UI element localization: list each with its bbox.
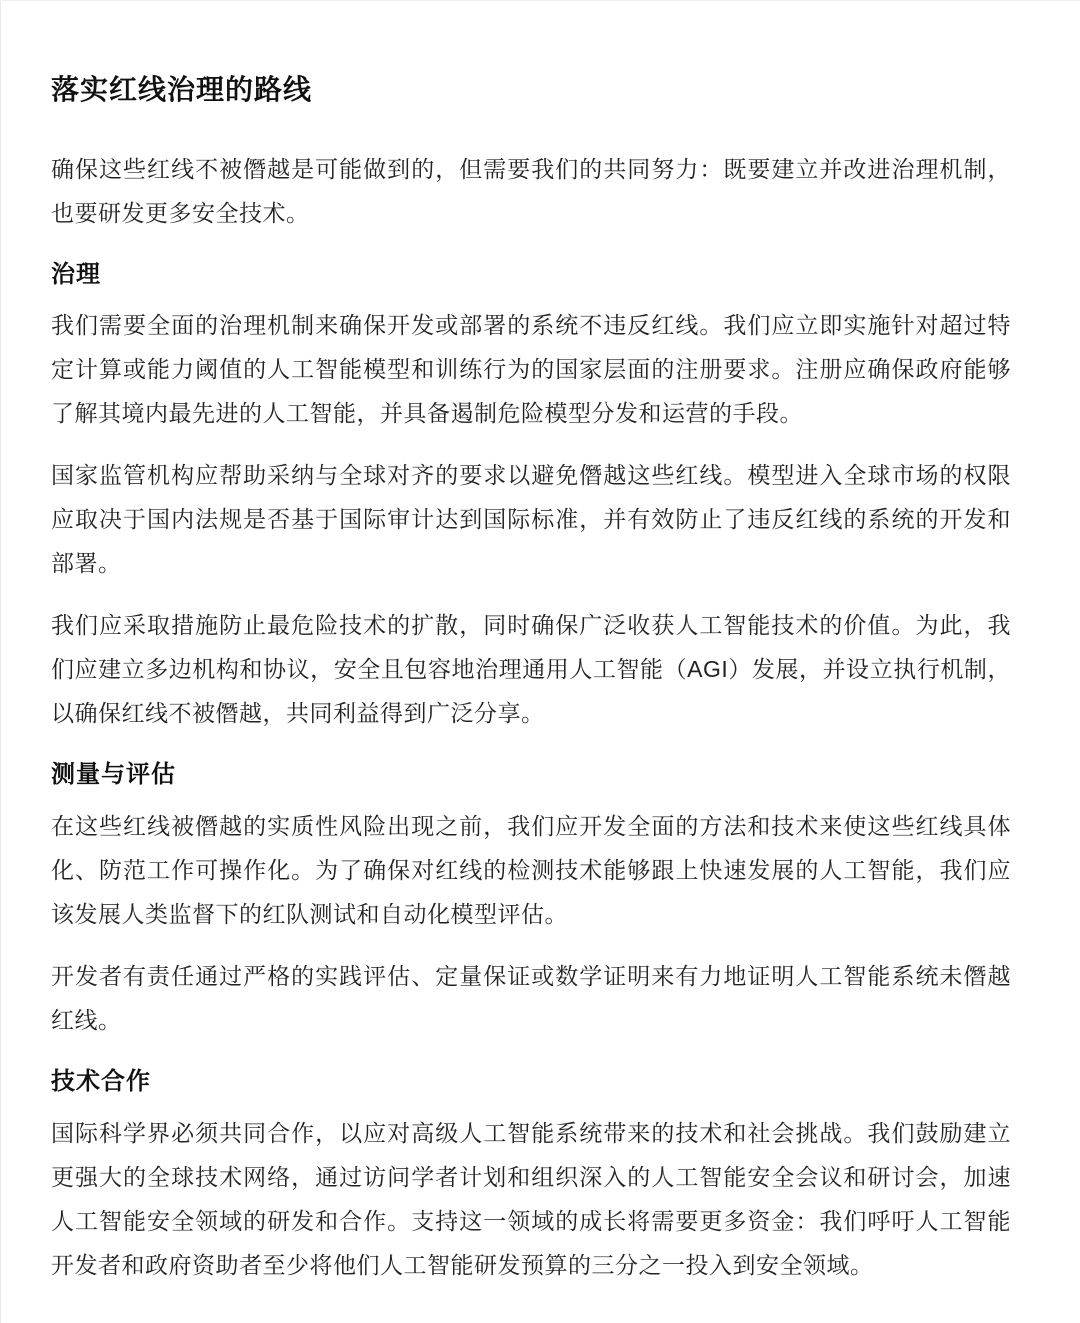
section-heading-governance: 治理 — [51, 261, 1011, 290]
governance-paragraph-2: 国家监管机构应帮助采纳与全球对齐的要求以避免僭越这些红线。模型进入全球市场的权限… — [51, 453, 1011, 585]
measurement-paragraph-1: 在这些红线被僭越的实质性风险出现之前，我们应开发全面的方法和技术来使这些红线具体… — [51, 804, 1011, 936]
intro-paragraph: 确保这些红线不被僭越是可能做到的，但需要我们的共同努力：既要建立并改进治理机制，… — [51, 147, 1011, 235]
cooperation-paragraph-1: 国际科学界必须共同合作，以应对高级人工智能系统带来的技术和社会挑战。我们鼓励建立… — [51, 1111, 1011, 1287]
section-heading-measurement-evaluation: 测量与评估 — [51, 761, 1011, 790]
governance-paragraph-1: 我们需要全面的治理机制来确保开发或部署的系统不违反红线。我们应立即实施针对超过特… — [51, 303, 1011, 435]
section-heading-technical-cooperation: 技术合作 — [51, 1068, 1011, 1097]
governance-paragraph-3: 我们应采取措施防止最危险技术的扩散，同时确保广泛收获人工智能技术的价值。为此，我… — [51, 603, 1011, 735]
document-page: 落实红线治理的路线 确保这些红线不被僭越是可能做到的，但需要我们的共同努力：既要… — [1, 1, 1080, 1323]
measurement-paragraph-2: 开发者有责任通过严格的实践评估、定量保证或数学证明来有力地证明人工智能系统未僭越… — [51, 954, 1011, 1042]
document-title: 落实红线治理的路线 — [51, 73, 1011, 107]
